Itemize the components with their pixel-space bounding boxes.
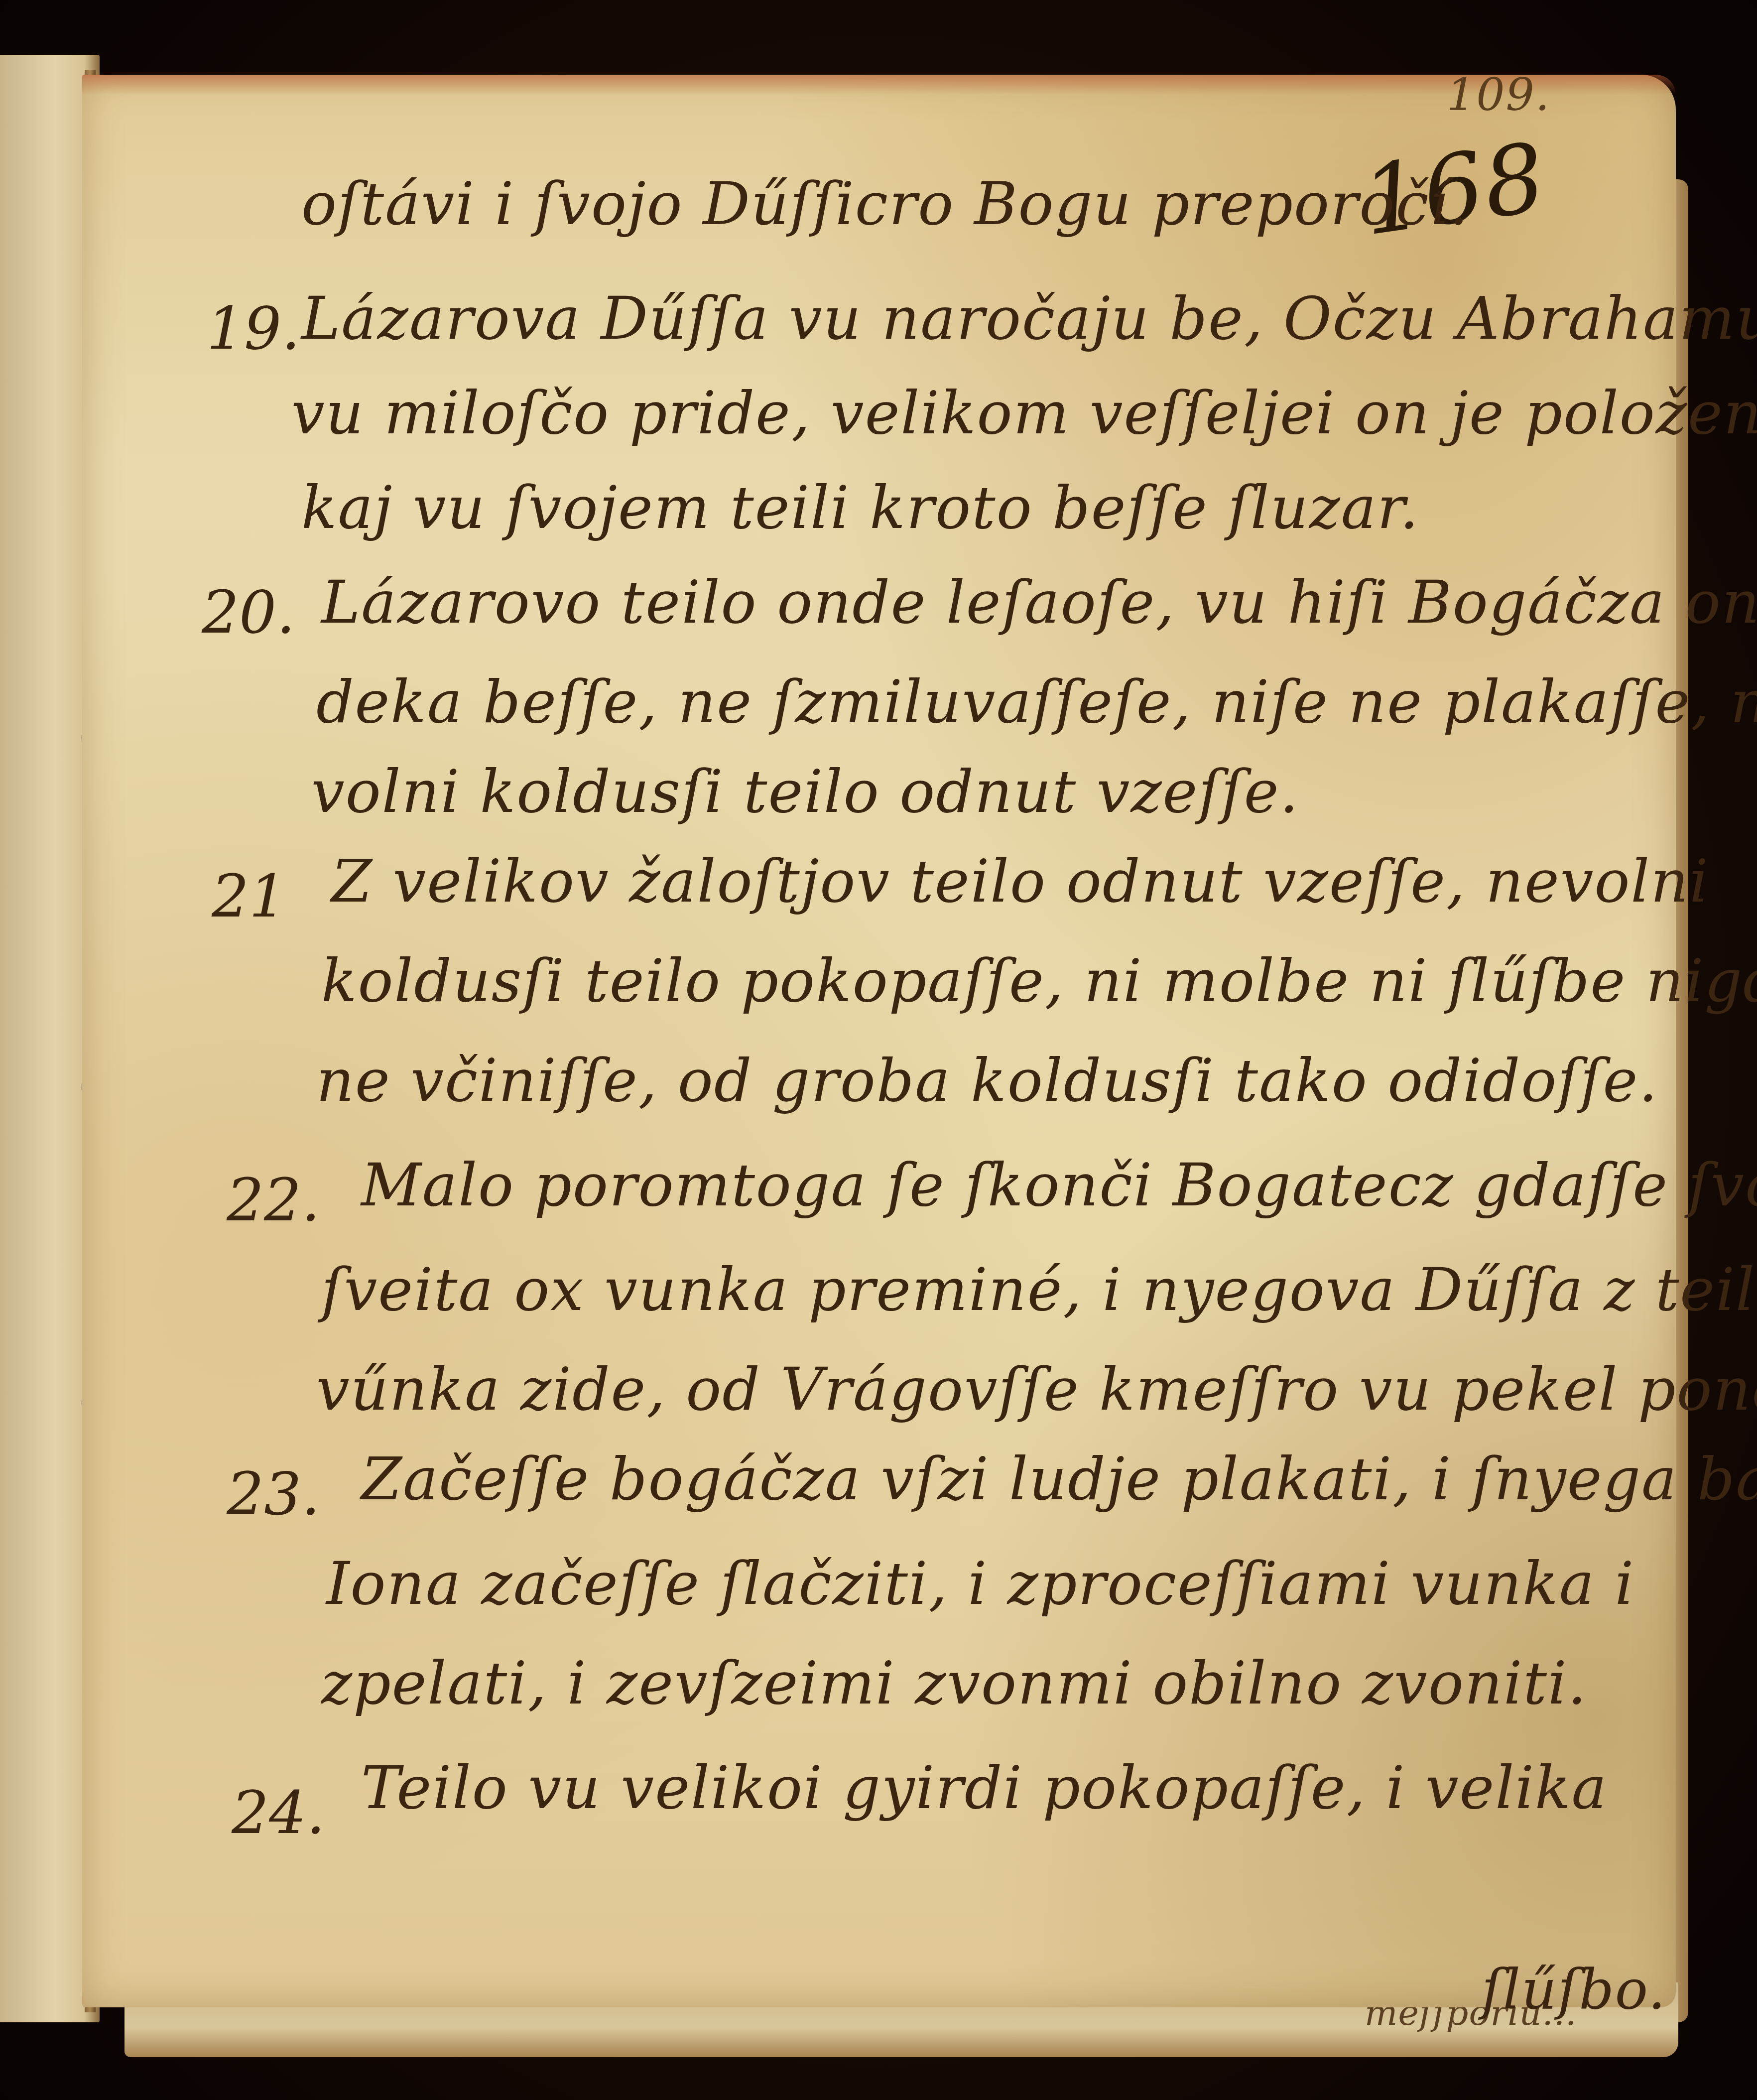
text-line: Iona začeſſe ſlačziti, i zproceſſiami vu… [326, 1554, 1634, 1613]
text-line: Lázarova Dűſſa vu naročaju be, Očzu Abra… [301, 289, 1757, 348]
text-line: zpelati, i zevſzeimi zvonmi obilno zvoni… [321, 1654, 1587, 1712]
verse-number: 23. [227, 1459, 320, 1528]
text-line: Z velikov žaloſtjov teilo odnut vzeſſe, … [331, 852, 1709, 911]
text-line: koldusſi teilo pokopaſſe, ni molbe ni ſl… [321, 951, 1757, 1010]
text-line: Začeſſe bogáčza vſzi ludje plakati, i ſn… [361, 1449, 1757, 1508]
text-line: vűnka zide, od Vrágovſſe kmeſſro vu peke… [316, 1360, 1757, 1419]
text-line: ſveita ox vunka preminé, i nyegova Dűſſa… [321, 1260, 1757, 1319]
text-line: kaj vu ſvojem teili kroto beſſe ſluzar. [301, 478, 1419, 537]
text-line: volni koldusſi teilo odnut vzeſſe. [311, 762, 1299, 821]
text-line: Malo poromtoga ſe ſkonči Bogatecz gdaſſe… [361, 1156, 1757, 1214]
verse-number: 20. [202, 578, 295, 647]
manuscript-page: 109. 168 oſtávi i ſvojo Dűſſicro Bogu pr… [82, 75, 1676, 2007]
catchword: ſlűſbo. [1482, 1958, 1666, 2021]
text-line: vu miloſčo pride, velikom veſſeljei on j… [291, 384, 1757, 442]
verse-number: 24. [232, 1778, 325, 1847]
verse-number: 22. [227, 1166, 320, 1234]
page-number-top: 109. [1447, 69, 1550, 121]
text-line: Lázarovo teilo onde leſaoſe, vu hiſi Bog… [321, 573, 1757, 632]
text-line: deka beſſe, ne ſzmiluvaſſeſe, niſe ne pl… [316, 672, 1757, 731]
text-line: oſtávi i ſvojo Dűſſicro Bogu preporočí. [301, 174, 1469, 233]
text-line: Teilo vu velikoi gyirdi pokopaſſe, i vel… [361, 1758, 1608, 1817]
verse-number: 21 [212, 862, 286, 930]
text-line: ne včiniſſe, od groba koldusſi tako odid… [316, 1051, 1658, 1110]
page-top-stain [82, 75, 1676, 95]
verse-number: 19. [207, 294, 300, 363]
